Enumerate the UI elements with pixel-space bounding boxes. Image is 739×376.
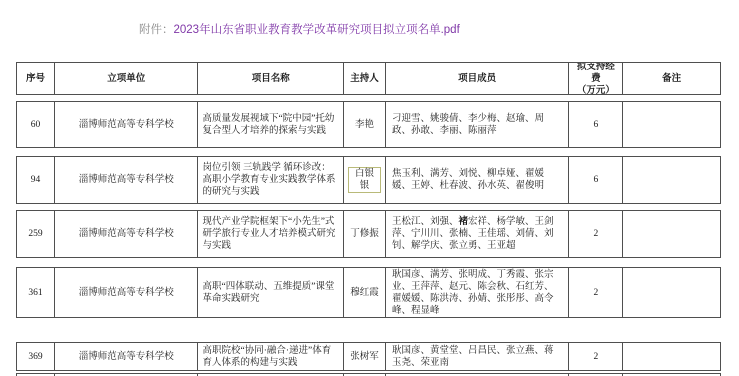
cell-note bbox=[623, 343, 720, 370]
cell-leader: 白银银 bbox=[344, 157, 386, 203]
table-header-row: 序号立项单位项目名称主持人项目成员拟支持经费 （万元）备注 bbox=[16, 62, 721, 95]
cell-members: 焦玉利、满芳、刘悦、柳卓娅、翟媛媛、王婷、杜春波、孙水英、翟俊明 bbox=[386, 157, 569, 203]
header-cell: 项目成员 bbox=[386, 63, 569, 94]
cell-leader: 李艳 bbox=[344, 102, 386, 147]
attachment-pdf-link[interactable]: 2023年山东省职业教育教学改革研究项目拟立项名单.pdf bbox=[174, 24, 460, 36]
cell-fund: 6 bbox=[569, 102, 623, 147]
header-cell: 主持人 bbox=[344, 63, 386, 94]
cell-unit: 淄博师范高等专科学校 bbox=[55, 157, 199, 203]
table-row: 60 淄博师范高等专科学校 高质量发展视域下“院中园”托幼复合型人才培养的探索与… bbox=[16, 101, 721, 148]
cell-unit: 淄博师范高等专科学校 bbox=[55, 211, 199, 257]
table-row: 259 淄博师范高等专科学校 现代产业学院框架下“小先生”式研学旅行专业人才培养… bbox=[16, 210, 721, 258]
cell-serial: 361 bbox=[17, 268, 55, 317]
cell-members: 耿国彦、黄堂堂、吕昌民、张立燕、蒋玉尧、荣亚南 bbox=[386, 343, 569, 370]
projects-table: 序号立项单位项目名称主持人项目成员拟支持经费 （万元）备注 60 淄博师范高等专… bbox=[16, 62, 721, 376]
cell-note bbox=[623, 102, 720, 147]
attachment-line: 附件：2023年山东省职业教育教学改革研究项目拟立项名单.pdf bbox=[139, 21, 460, 37]
cell-serial: 369 bbox=[17, 343, 55, 370]
cell-fund: 6 bbox=[569, 157, 623, 203]
header-cell: 备注 bbox=[623, 63, 720, 94]
cell-project: 高质量发展视域下“院中园”托幼复合型人才培养的探索与实践 bbox=[198, 102, 344, 147]
cell-fund: 2 bbox=[569, 211, 623, 257]
header-cell: 拟支持经费 （万元） bbox=[569, 63, 623, 94]
cell-unit: 淄博师范高等专科学校 bbox=[55, 343, 199, 370]
cell-leader: 张树军 bbox=[344, 343, 386, 370]
document-page: 附件：2023年山东省职业教育教学改革研究项目拟立项名单.pdf 序号立项单位项… bbox=[0, 0, 739, 376]
cell-serial: 94 bbox=[17, 157, 55, 203]
table-body: 60 淄博师范高等专科学校 高质量发展视域下“院中园”托幼复合型人才培养的探索与… bbox=[16, 101, 721, 371]
cell-project: 现代产业学院框架下“小先生”式研学旅行专业人才培养模式研究与实践 bbox=[198, 211, 344, 257]
leader-name: 穆红霞 bbox=[350, 287, 379, 299]
header-cell: 立项单位 bbox=[55, 63, 199, 94]
cell-fund: 2 bbox=[569, 268, 623, 317]
cell-serial: 259 bbox=[17, 211, 55, 257]
cell-unit: 淄博师范高等专科学校 bbox=[55, 102, 199, 147]
attachment-label: 附件： bbox=[139, 24, 174, 36]
table-row: 361 淄博师范高等专科学校 高职“四体联动、五维提质”课堂革命实践研究 穆红霞… bbox=[16, 267, 721, 318]
cell-leader: 丁修振 bbox=[344, 211, 386, 257]
cell-note bbox=[623, 268, 720, 317]
header-cell: 序号 bbox=[17, 63, 55, 94]
cell-fund: 2 bbox=[569, 343, 623, 370]
table-row: 369 淄博师范高等专科学校 高职院校“协同·融合·递进”体育育人体系的构建与实… bbox=[16, 342, 721, 371]
cell-members: 耿国彦、满芳、张明成、丁秀霞、张宗业、王萍萍、赵元、陈会秋、石红芳、翟媛媛、陈洪… bbox=[386, 268, 569, 317]
cell-note bbox=[623, 211, 720, 257]
header-cell: 项目名称 bbox=[198, 63, 344, 94]
leader-name: 丁修振 bbox=[350, 228, 379, 240]
table-row: 94 淄博师范高等专科学校 岗位引领 三轨践学 循环诊改：高职小学教育专业实践教… bbox=[16, 156, 721, 204]
cell-project: 高职院校“协同·融合·递进”体育育人体系的构建与实践 bbox=[198, 343, 344, 370]
cell-serial: 60 bbox=[17, 102, 55, 147]
cell-project: 岗位引领 三轨践学 循环诊改：高职小学教育专业实践教学体系的研究与实践 bbox=[198, 157, 344, 203]
cell-project: 高职“四体联动、五维提质”课堂革命实践研究 bbox=[198, 268, 344, 317]
leader-name: 张树军 bbox=[350, 351, 379, 363]
cell-members: 刁迎雪、姚骏倩、李少梅、赵瑜、周政、孙敢、李丽、陈丽萍 bbox=[386, 102, 569, 147]
cell-unit: 淄博师范高等专科学校 bbox=[55, 268, 199, 317]
cell-note bbox=[623, 157, 720, 203]
leader-name: 李艳 bbox=[355, 119, 374, 131]
cell-leader: 穆红霞 bbox=[344, 268, 386, 317]
cell-members: 王松江、刘强、褚宏祥、杨学敏、王剑萍、宁川川、张楠、王佳瑶、刘倩、刘钊、解学庆、… bbox=[386, 211, 569, 257]
leader-name-highlighted: 白银银 bbox=[348, 167, 381, 193]
